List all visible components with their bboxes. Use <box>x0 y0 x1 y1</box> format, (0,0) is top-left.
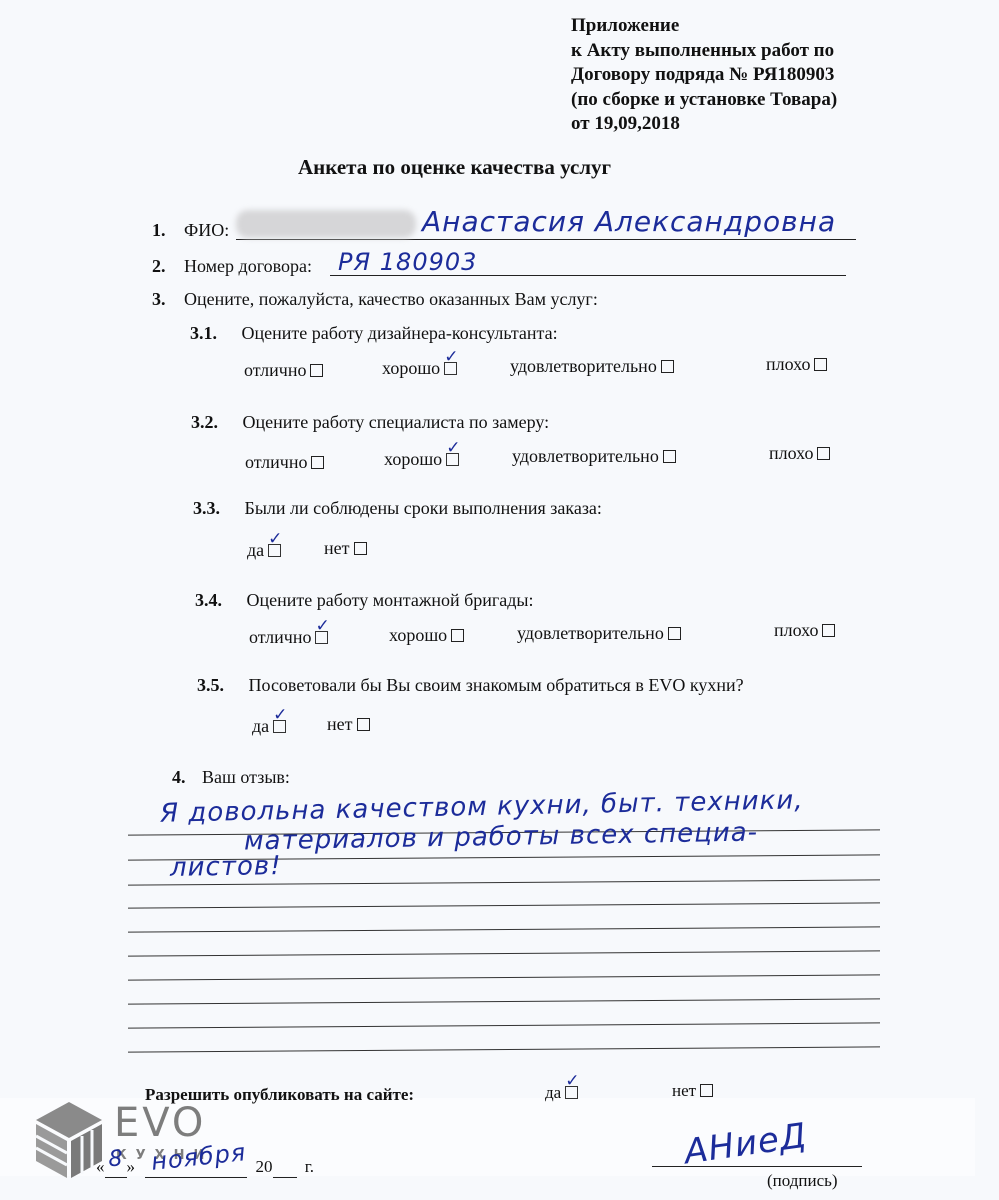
publish-no[interactable]: нет <box>672 1081 713 1101</box>
date-day[interactable]: 8 <box>109 1147 124 1172</box>
option-yes[interactable]: да✓ <box>247 540 281 561</box>
page-title: Анкета по оценке качества услуг <box>298 155 611 180</box>
question-3-3: 3.3. Были ли соблюдены сроки выполнения … <box>193 498 602 519</box>
checkmark-icon: ✓ <box>273 707 287 724</box>
checkbox[interactable] <box>310 364 323 377</box>
item-number: 4. <box>172 767 186 787</box>
redacted-surname <box>236 210 416 238</box>
review-line <box>128 974 880 980</box>
header-line: Договору подряда № РЯ180903 <box>571 63 837 88</box>
checkbox[interactable] <box>663 450 676 463</box>
checkbox[interactable]: ✓ <box>315 631 328 644</box>
publish-yes[interactable]: да✓ <box>545 1083 578 1103</box>
option-satisfactory[interactable]: удовлетворительно <box>510 356 674 377</box>
option-good[interactable]: хорошо✓ <box>384 449 459 470</box>
checkbox[interactable] <box>700 1084 713 1097</box>
rate-label: Оцените, пожалуйста, качество оказанных … <box>184 289 598 309</box>
checkmark-icon: ✓ <box>315 618 329 635</box>
review-line <box>128 926 880 932</box>
header-line: от 19,09,2018 <box>571 112 837 137</box>
signature-caption: (подпись) <box>767 1171 838 1191</box>
question-number: 3.2. <box>191 412 218 432</box>
option-satisfactory[interactable]: удовлетворительно <box>517 623 681 644</box>
question-label: Посоветовали бы Вы своим знакомым обрати… <box>249 675 744 695</box>
checkbox[interactable] <box>814 358 827 371</box>
checkmark-icon: ✓ <box>565 1073 579 1090</box>
question-label: Оцените работу дизайнера-консультанта: <box>242 323 558 343</box>
checkbox[interactable]: ✓ <box>268 544 281 557</box>
checkbox[interactable] <box>357 718 370 731</box>
checkbox[interactable] <box>668 627 681 640</box>
fio-underline <box>236 239 856 240</box>
date-row: «8 » ноября 20 г. <box>96 1157 314 1178</box>
item-number: 1. <box>152 220 166 240</box>
checkbox[interactable] <box>311 456 324 469</box>
checkbox[interactable] <box>354 542 367 555</box>
contract-field[interactable]: РЯ 180903 <box>338 248 477 276</box>
question-number: 3.1. <box>190 323 217 343</box>
signature-line <box>652 1166 862 1167</box>
question-number: 3.4. <box>195 590 222 610</box>
checkbox[interactable]: ✓ <box>444 362 457 375</box>
question-label: Были ли соблюдены сроки выполнения заказ… <box>245 498 602 518</box>
contract-label: Номер договора: <box>184 256 312 276</box>
fio-field[interactable]: Анастасия Александровна <box>422 205 836 238</box>
checkbox[interactable] <box>661 360 674 373</box>
review-line <box>128 950 880 956</box>
question-number: 3.3. <box>193 498 220 518</box>
review-section: 4. Ваш отзыв: <box>172 767 290 788</box>
rate-section: 3. Оцените, пожалуйста, качество оказанн… <box>152 289 598 310</box>
item-number: 2. <box>152 256 166 276</box>
checkbox[interactable]: ✓ <box>273 720 286 733</box>
review-label: Ваш отзыв: <box>202 767 290 787</box>
option-no[interactable]: нет <box>324 538 367 559</box>
review-line <box>128 1022 880 1028</box>
question-3-5: 3.5. Посоветовали бы Вы своим знакомым о… <box>197 675 744 696</box>
item-number: 3. <box>152 289 166 309</box>
option-no[interactable]: нет <box>327 714 370 735</box>
option-satisfactory[interactable]: удовлетворительно <box>512 446 676 467</box>
option-good[interactable]: хорошо <box>389 625 464 646</box>
checkbox[interactable] <box>822 624 835 637</box>
checkmark-icon: ✓ <box>268 531 282 548</box>
appendix-header: Приложение к Акту выполненных работ по Д… <box>571 14 837 137</box>
option-excellent[interactable]: отлично <box>245 452 324 473</box>
question-3-1: 3.1. Оцените работу дизайнера-консультан… <box>190 323 558 344</box>
checkbox[interactable] <box>451 629 464 642</box>
review-line <box>128 902 880 908</box>
question-number: 3.5. <box>197 675 224 695</box>
option-poor[interactable]: плохо <box>769 443 830 464</box>
review-text-line[interactable]: листов! <box>170 851 282 883</box>
header-line: к Акту выполненных работ по <box>571 39 837 64</box>
fio-label: ФИО: <box>184 220 229 240</box>
header-line: (по сборке и установке Товара) <box>571 88 837 113</box>
checkmark-icon: ✓ <box>444 349 458 366</box>
fio-row: 1. ФИО: <box>152 220 229 241</box>
header-line: Приложение <box>571 14 837 39</box>
checkmark-icon: ✓ <box>446 440 460 457</box>
option-excellent[interactable]: отлично <box>244 360 323 381</box>
option-excellent[interactable]: отлично✓ <box>249 627 328 648</box>
option-poor[interactable]: плохо <box>774 620 835 641</box>
cube-logo-icon <box>34 1100 104 1180</box>
option-yes[interactable]: да✓ <box>252 716 286 737</box>
question-3-2: 3.2. Оцените работу специалиста по замер… <box>191 412 549 433</box>
review-line <box>128 998 880 1004</box>
logo-brand: EVO <box>114 1100 206 1146</box>
option-good[interactable]: хорошо✓ <box>382 358 457 379</box>
checkbox[interactable] <box>817 447 830 460</box>
checkbox[interactable]: ✓ <box>565 1086 578 1099</box>
checkbox[interactable]: ✓ <box>446 453 459 466</box>
review-line <box>128 1046 880 1052</box>
question-3-4: 3.4. Оцените работу монтажной бригады: <box>195 590 534 611</box>
contract-row: 2. Номер договора: <box>152 256 312 277</box>
option-poor[interactable]: плохо <box>766 354 827 375</box>
question-label: Оцените работу монтажной бригады: <box>247 590 534 610</box>
question-label: Оцените работу специалиста по замеру: <box>243 412 550 432</box>
